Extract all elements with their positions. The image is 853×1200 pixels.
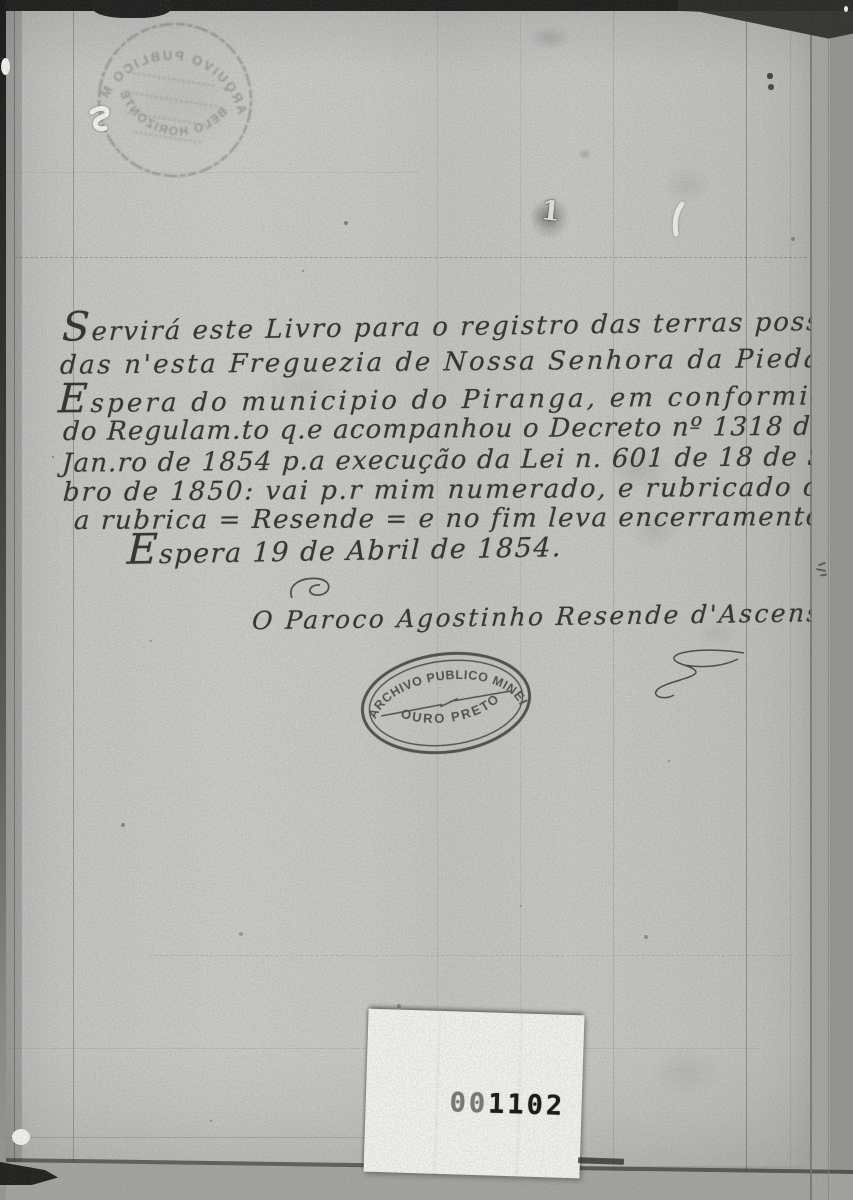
crease-line-top	[15, 257, 807, 258]
left-margin-shading	[5, 8, 22, 1166]
fold-line-left-2	[73, 0, 74, 1200]
white-blob-bottom-left	[12, 1129, 30, 1145]
binding-band-outer	[830, 0, 853, 1200]
manuscript-dateline: Espera 19 de Abril de 1854.	[126, 525, 563, 573]
white-speck-top-right	[844, 6, 848, 12]
white-scratch-mark-2	[666, 200, 688, 240]
crease-line-middle	[150, 955, 790, 956]
page-right-edge	[810, 0, 812, 1200]
page-number-mark: 1	[528, 194, 572, 242]
scanned-document-page: ARQUIVO PUBLICO MINEIRO BELO HORIZONTE 1…	[0, 0, 853, 1200]
scan-top-notch	[92, 0, 172, 18]
white-scratch-mark	[88, 104, 122, 138]
faint-circular-stamp: ARQUIVO PUBLICO MINEIRO BELO HORIZONTE	[80, 16, 270, 184]
card-number-bold-digits: 1102	[488, 1088, 566, 1121]
white-blob-left	[1, 58, 10, 75]
card-number-faint-digits: 00	[449, 1087, 488, 1119]
binding-band-line	[828, 0, 829, 1200]
archive-id-card: 001102	[363, 1009, 584, 1179]
page-number: 1	[540, 195, 562, 228]
pen-flourish-signature	[626, 645, 761, 705]
card-number: 001102	[449, 1087, 565, 1122]
crease-line-lowest	[0, 1137, 400, 1138]
scan-left-border	[0, 0, 6, 1200]
pen-flourish-date	[284, 574, 354, 606]
archive-oval-stamp: ARCHIVO PUBLICO MINEIRO OURO PRETO	[352, 640, 540, 767]
